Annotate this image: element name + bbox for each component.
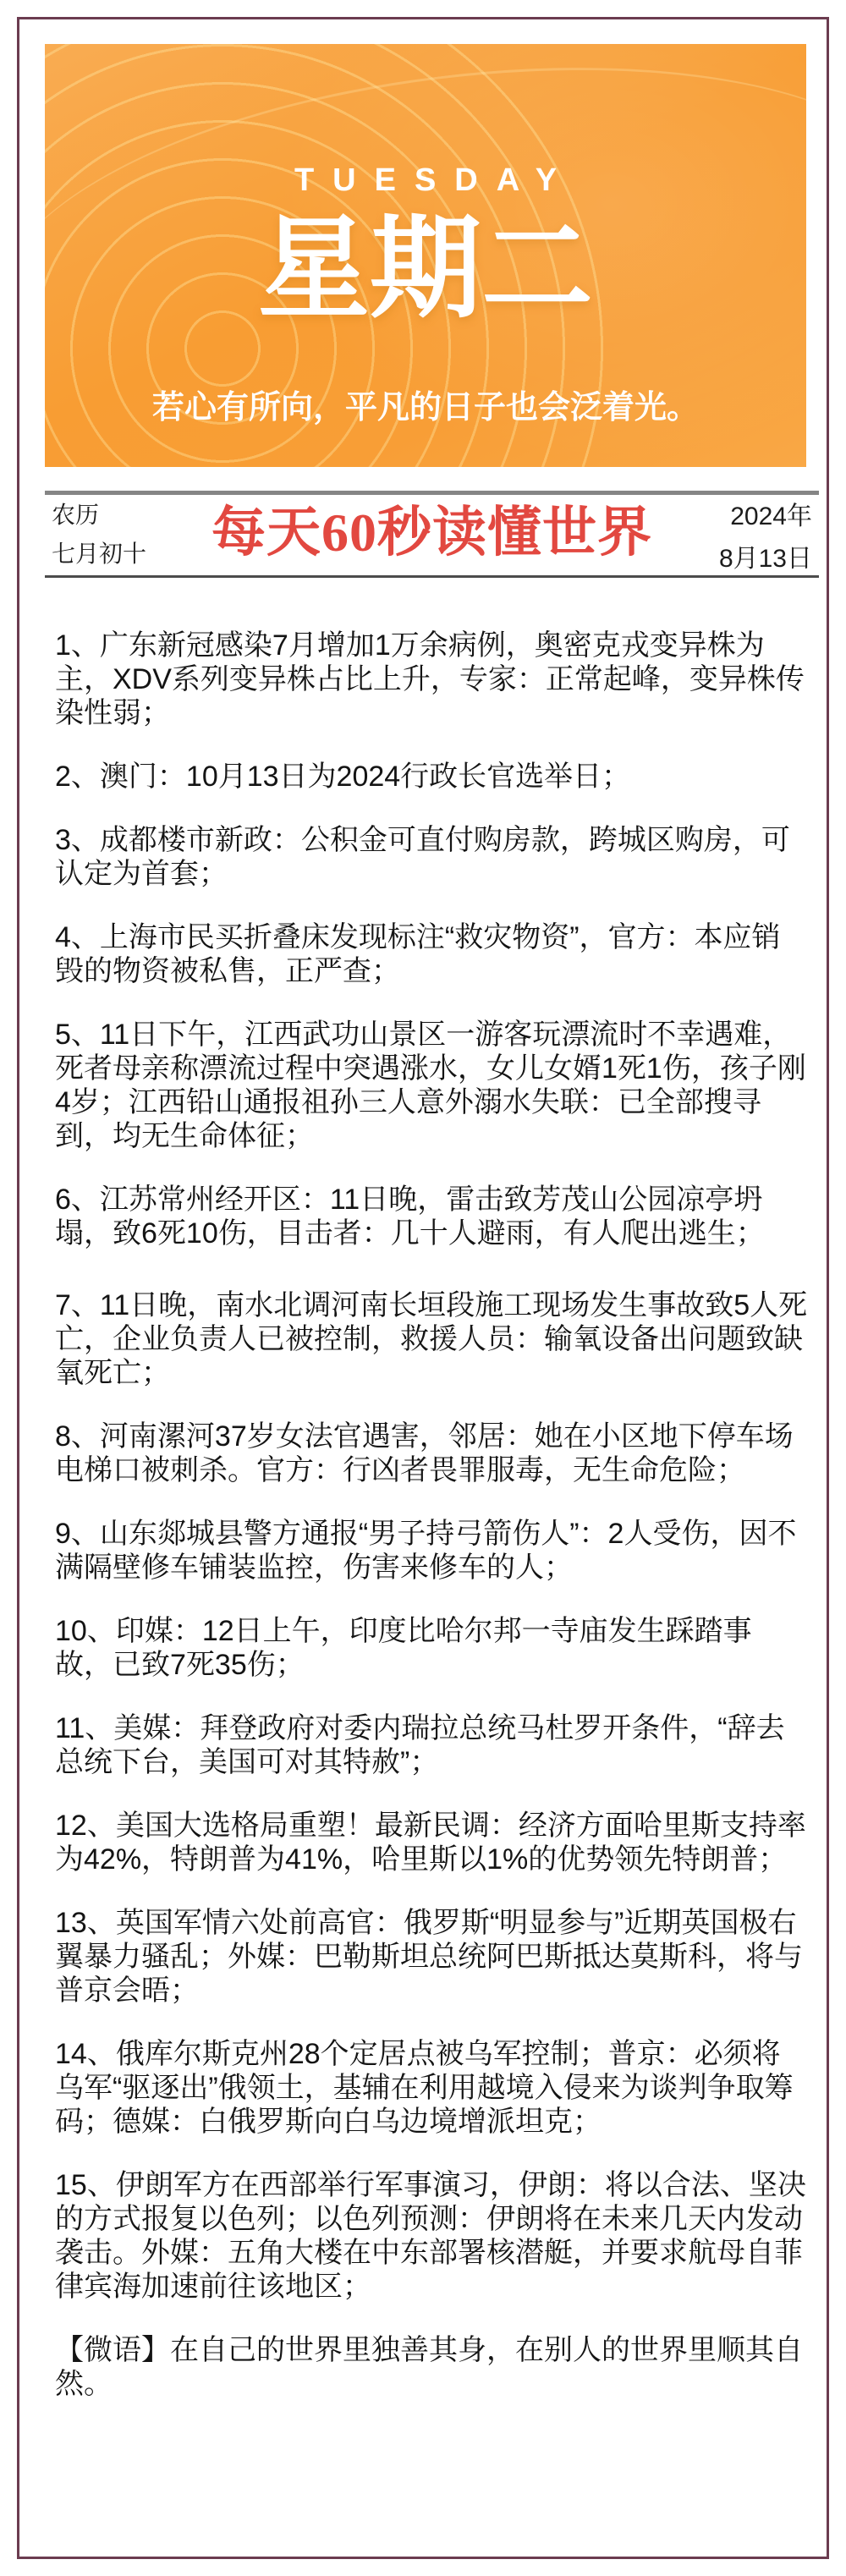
weekday-english-label: TUESDAY (45, 162, 806, 199)
news-item: 3、成都楼市新政：公积金可直付购房款，跨城区购房，可认定为首套； (55, 823, 808, 891)
news-item: 4、上海市民买折叠床发现标注“救灾物资”，官方：本应销毁的物资被私售，正严查； (55, 920, 808, 988)
news-item: 1、广东新冠感染7月增加1万余病例，奥密克戎变异株为主，XDV系列变异株占比上升… (55, 629, 808, 730)
date-label: 8月13日 (719, 537, 812, 574)
divider-top (45, 491, 819, 495)
news-item: 15、伊朗军方在西部举行军事演习，伊朗：将以合法、坚决的方式报复以色列；以色列预… (55, 2168, 808, 2304)
news-item: 8、河南漯河37岁女法官遇害，邻居：她在小区地下停车场电梯口被刺杀。官方：行凶者… (55, 1420, 808, 1487)
news-item: 2、澳门：10月13日为2024行政长官选举日； (55, 760, 808, 794)
news-item: 7、11日晚，南水北调河南长垣段施工现场发生事故致5人死亡，企业负责人已被控制，… (55, 1288, 808, 1390)
news-item: 5、11日下午，江西武功山景区一游客玩漂流时不幸遇难，死者母亲称漂流过程中突遇涨… (55, 1018, 808, 1153)
daily-quote: 若心有所向，平凡的日子也会泛着光。 (45, 381, 806, 427)
weiyu-note: 【微语】在自己的世界里独善其身，在别人的世界里顺其自然。 (55, 2333, 808, 2401)
page-title: 每天60秒读懂世界 (45, 500, 819, 566)
news-item: 6、江苏常州经开区：11日晚，雷击致芳茂山公园凉亭坍塌，致6死10伤，目击者：几… (55, 1183, 808, 1250)
news-list: 1、广东新冠感染7月增加1万余病例，奥密克戎变异株为主，XDV系列变异株占比上升… (55, 629, 808, 2401)
page-frame: TUESDAY 星期二 若心有所向，平凡的日子也会泛着光。 农历 七月初十 每天… (17, 17, 829, 2559)
news-item: 9、山东郯城县警方通报“男子持弓箭伤人”：2人受伤，因不满隔壁修车铺装监控，伤害… (55, 1517, 808, 1585)
weekday-chinese-label: 星期二 (45, 206, 806, 333)
divider-bottom (45, 575, 819, 578)
news-item: 11、美媒：拜登政府对委内瑞拉总统马杜罗开条件，“辞去总统下台，美国可对其特赦”… (55, 1711, 808, 1779)
news-item: 13、英国军情六处前高官：俄罗斯“明显参与”近期英国极右翼暴力骚乱；外媒：巴勒斯… (55, 1906, 808, 2008)
news-item: 10、印媒：12日上午，印度比哈尔邦一寺庙发生踩踏事故，已致7死35伤； (55, 1614, 808, 1682)
weekday-header-card: TUESDAY 星期二 若心有所向，平凡的日子也会泛着光。 (45, 44, 806, 467)
news-item: 12、美国大选格局重塑！最新民调：经济方面哈里斯支持率为42%，特朗普为41%，… (55, 1809, 808, 1876)
year-label: 2024年 (730, 495, 812, 532)
news-item: 14、俄库尔斯克州28个定居点被乌军控制；普京：必须将乌军“驱逐出”俄领土，基辅… (55, 2037, 808, 2139)
